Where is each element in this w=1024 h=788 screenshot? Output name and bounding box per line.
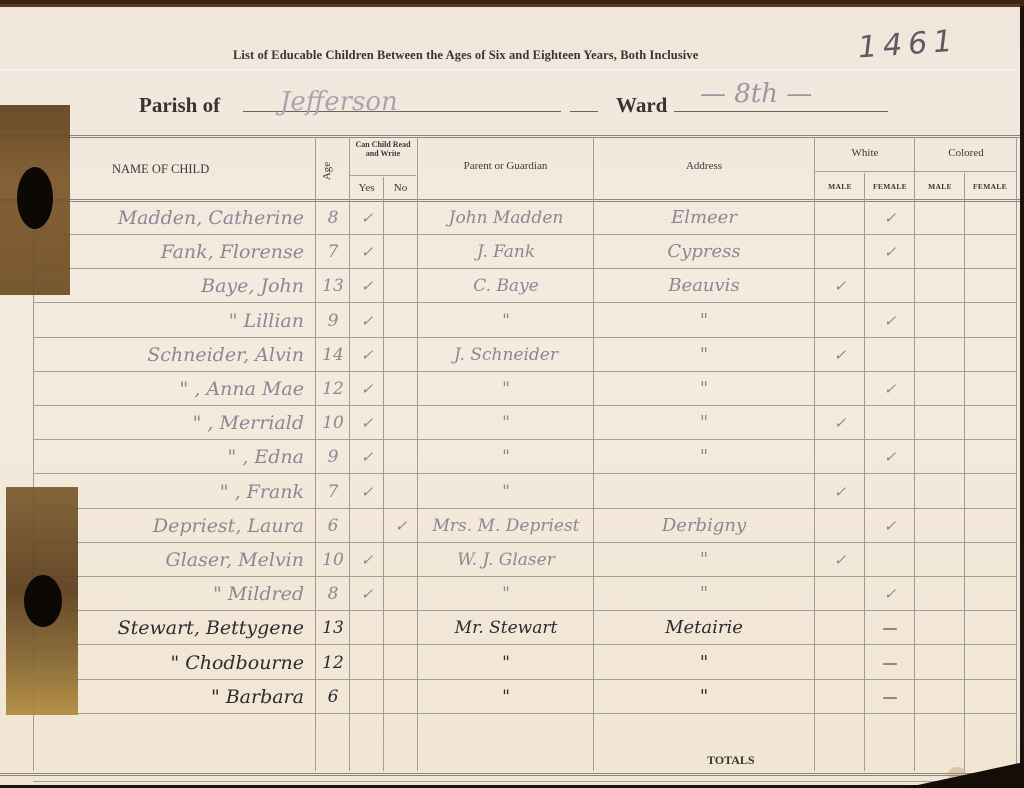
cell-white-male xyxy=(816,440,864,474)
cell-can-read-no xyxy=(386,235,416,269)
cell-can-read-yes: ✓ xyxy=(352,201,382,235)
cell-white-female xyxy=(866,269,914,303)
cell-white-male xyxy=(816,577,864,611)
cell-address: " xyxy=(596,304,812,338)
header-colored-female: FEMALE xyxy=(965,182,1015,191)
cell-address: Beauvis xyxy=(596,269,812,303)
cell-colored-female xyxy=(966,475,1016,509)
header-no: No xyxy=(384,182,417,194)
cell-colored-female xyxy=(966,543,1016,577)
cell-address: Cypress xyxy=(596,235,812,269)
table-bottom-rule xyxy=(0,773,1020,776)
race-sub-rule xyxy=(815,171,1017,172)
cell-child-name: " , Edna xyxy=(40,440,310,474)
cell-colored-male xyxy=(916,646,964,680)
cell-can-read-no xyxy=(386,577,416,611)
cell-white-male xyxy=(816,372,864,406)
cell-address: Metairie xyxy=(596,611,812,645)
ward-label: Ward xyxy=(616,93,667,118)
cell-child-name: Baye, John xyxy=(40,269,310,303)
cell-colored-female xyxy=(966,611,1016,645)
cell-colored-female xyxy=(966,440,1016,474)
cell-age: 6 xyxy=(318,509,348,543)
cell-age: 7 xyxy=(318,235,348,269)
cell-white-female: ✓ xyxy=(866,304,914,338)
cell-white-female xyxy=(866,475,914,509)
cell-white-male xyxy=(816,201,864,235)
cell-colored-male xyxy=(916,577,964,611)
table-row: " Lillian9✓""✓ xyxy=(0,304,1020,338)
cell-colored-male xyxy=(916,543,964,577)
table-row: " , Anna Mae12✓""✓ xyxy=(0,372,1020,406)
cell-can-read-yes xyxy=(352,680,382,714)
cell-can-read-yes xyxy=(352,611,382,645)
cell-can-read-yes: ✓ xyxy=(352,577,382,611)
cell-white-female xyxy=(866,406,914,440)
cell-child-name: Fank, Florense xyxy=(40,235,310,269)
parish-blank-line-end xyxy=(570,111,598,112)
cell-white-male xyxy=(816,680,864,714)
cell-address: " xyxy=(596,440,812,474)
cell-address: " xyxy=(596,543,812,577)
cell-colored-female xyxy=(966,269,1016,303)
cell-age: 7 xyxy=(318,475,348,509)
cell-age: 8 xyxy=(318,201,348,235)
cell-age: 14 xyxy=(318,338,348,372)
cell-address: " xyxy=(596,577,812,611)
cell-white-male: ✓ xyxy=(816,543,864,577)
cell-colored-female xyxy=(966,235,1016,269)
cell-parent-guardian: " xyxy=(420,577,592,611)
cell-can-read-yes: ✓ xyxy=(352,269,382,303)
cell-address: Derbigny xyxy=(596,509,812,543)
cell-can-read-no xyxy=(386,269,416,303)
cell-white-male: ✓ xyxy=(816,475,864,509)
cell-parent-guardian: John Madden xyxy=(420,201,592,235)
cell-can-read-yes: ✓ xyxy=(352,338,382,372)
table-row: Madden, Catherine8✓John MaddenElmeer✓ xyxy=(0,201,1020,235)
cell-colored-male xyxy=(916,475,964,509)
reference-number: 1461 xyxy=(857,24,960,66)
cell-colored-female xyxy=(966,304,1016,338)
row-rule xyxy=(33,781,1017,782)
cell-can-read-yes: ✓ xyxy=(352,543,382,577)
cell-can-read-yes: ✓ xyxy=(352,406,382,440)
cell-age: 9 xyxy=(318,304,348,338)
cell-parent-guardian: " xyxy=(420,475,592,509)
parish-value: Jefferson xyxy=(280,87,398,117)
cell-colored-male xyxy=(916,201,964,235)
binder-hole-bottom xyxy=(24,575,62,627)
cell-parent-guardian: " xyxy=(420,406,592,440)
cell-age: 6 xyxy=(318,680,348,714)
cell-colored-male xyxy=(916,372,964,406)
cell-child-name: " , Anna Mae xyxy=(40,372,310,406)
cell-parent-guardian: " xyxy=(420,304,592,338)
cell-white-female xyxy=(866,543,914,577)
cell-can-read-no xyxy=(386,406,416,440)
cell-can-read-yes: ✓ xyxy=(352,304,382,338)
cell-age: 10 xyxy=(318,406,348,440)
table-row: Schneider, Alvin14✓J. Schneider"✓ xyxy=(0,338,1020,372)
cell-address: " xyxy=(596,646,812,680)
cell-age: 9 xyxy=(318,440,348,474)
cell-colored-male xyxy=(916,304,964,338)
header-parent-guardian: Parent or Guardian xyxy=(418,160,593,172)
cell-age: 10 xyxy=(318,543,348,577)
cell-white-female: ✓ xyxy=(866,509,914,543)
cell-can-read-yes xyxy=(352,509,382,543)
cell-colored-male xyxy=(916,509,964,543)
cell-colored-female xyxy=(966,372,1016,406)
cell-can-read-no xyxy=(386,543,416,577)
cell-colored-male xyxy=(916,680,964,714)
ward-blank-line xyxy=(674,111,888,112)
cell-address: Elmeer xyxy=(596,201,812,235)
cell-parent-guardian: " xyxy=(420,372,592,406)
table-row: Baye, John13✓C. BayeBeauvis✓ xyxy=(0,269,1020,303)
cell-age: 12 xyxy=(318,646,348,680)
cell-can-read-no xyxy=(386,475,416,509)
cell-child-name: Stewart, Bettygene xyxy=(40,611,310,645)
table-row: " Chodbourne12""— xyxy=(0,646,1020,680)
cell-child-name: " , Merriald xyxy=(40,406,310,440)
fold-line xyxy=(0,69,1020,71)
form-title: List of Educable Children Between the Ag… xyxy=(233,48,698,63)
cell-white-female: ✓ xyxy=(866,577,914,611)
cell-white-female: ✓ xyxy=(866,372,914,406)
table-row: Glaser, Melvin10✓W. J. Glaser"✓ xyxy=(0,543,1020,577)
cell-colored-male xyxy=(916,269,964,303)
table-row: Stewart, Bettygene13Mr. StewartMetairie— xyxy=(0,611,1020,645)
cell-child-name: Glaser, Melvin xyxy=(40,543,310,577)
cell-parent-guardian: J. Fank xyxy=(420,235,592,269)
cell-parent-guardian: " xyxy=(420,440,592,474)
cell-colored-female xyxy=(966,201,1016,235)
form-sheet: List of Educable Children Between the Ag… xyxy=(0,4,1020,785)
cell-white-male: ✓ xyxy=(816,338,864,372)
cell-address: " xyxy=(596,406,812,440)
table-top-rule xyxy=(0,135,1020,138)
cell-colored-male xyxy=(916,235,964,269)
totals-label: TOTALS xyxy=(707,753,755,768)
cell-colored-female xyxy=(966,680,1016,714)
cell-can-read-no xyxy=(386,201,416,235)
cell-white-male xyxy=(816,235,864,269)
cell-child-name: Depriest, Laura xyxy=(40,509,310,543)
header-colored: Colored xyxy=(915,147,1017,159)
table-row: Depriest, Laura6✓Mrs. M. DepriestDerbign… xyxy=(0,509,1020,543)
cell-white-male xyxy=(816,611,864,645)
header-name-of-child: NAME OF CHILD xyxy=(112,162,209,177)
cell-can-read-no: ✓ xyxy=(386,509,416,543)
cell-can-read-yes: ✓ xyxy=(352,235,382,269)
cell-parent-guardian: J. Schneider xyxy=(420,338,592,372)
cell-child-name: " Lillian xyxy=(40,304,310,338)
cell-white-female xyxy=(866,338,914,372)
cell-can-read-yes: ✓ xyxy=(352,372,382,406)
cell-can-read-no xyxy=(386,680,416,714)
cell-colored-female xyxy=(966,338,1016,372)
cell-can-read-yes: ✓ xyxy=(352,475,382,509)
cell-can-read-no xyxy=(386,440,416,474)
cell-white-female: ✓ xyxy=(866,235,914,269)
cell-white-male xyxy=(816,646,864,680)
table-row: " Mildred8✓""✓ xyxy=(0,577,1020,611)
table-row: " , Frank7✓"✓ xyxy=(0,475,1020,509)
cell-child-name: " Chodbourne xyxy=(40,646,310,680)
cell-age: 8 xyxy=(318,577,348,611)
cell-can-read-no xyxy=(386,372,416,406)
cell-can-read-no xyxy=(386,611,416,645)
cell-address xyxy=(596,475,812,509)
cell-white-female: — xyxy=(866,611,914,645)
cell-parent-guardian: " xyxy=(420,680,592,714)
cell-address: " xyxy=(596,372,812,406)
cell-colored-female xyxy=(966,509,1016,543)
header-white: White xyxy=(815,147,915,159)
cell-white-female: — xyxy=(866,646,914,680)
header-white-female: FEMALE xyxy=(865,182,915,191)
cell-colored-male xyxy=(916,338,964,372)
cell-child-name: " , Frank xyxy=(40,475,310,509)
table-row: " Barbara6""— xyxy=(0,680,1020,714)
cell-white-male xyxy=(816,304,864,338)
cell-colored-male xyxy=(916,611,964,645)
header-can-read-write: Can Child Read and Write xyxy=(350,140,416,158)
cell-colored-female xyxy=(966,406,1016,440)
cell-address: " xyxy=(596,338,812,372)
cell-can-read-yes: ✓ xyxy=(352,440,382,474)
cell-colored-female xyxy=(966,577,1016,611)
can-read-sub-rule xyxy=(350,175,416,176)
cell-colored-male xyxy=(916,440,964,474)
cell-white-female: ✓ xyxy=(866,440,914,474)
header-yes: Yes xyxy=(350,182,383,194)
cell-parent-guardian: W. J. Glaser xyxy=(420,543,592,577)
table-row: " , Edna9✓""✓ xyxy=(0,440,1020,474)
parish-label: Parish of xyxy=(139,93,220,118)
cell-parent-guardian: Mr. Stewart xyxy=(420,611,592,645)
cell-colored-female xyxy=(966,646,1016,680)
cell-age: 13 xyxy=(318,269,348,303)
cell-white-female: ✓ xyxy=(866,201,914,235)
cell-parent-guardian: Mrs. M. Depriest xyxy=(420,509,592,543)
cell-can-read-no xyxy=(386,646,416,680)
torn-corner xyxy=(904,762,1024,788)
cell-child-name: " Mildred xyxy=(40,577,310,611)
header-white-male: MALE xyxy=(815,182,865,191)
cell-age: 12 xyxy=(318,372,348,406)
cell-child-name: Schneider, Alvin xyxy=(40,338,310,372)
ward-value: — 8th — xyxy=(700,79,812,109)
header-colored-male: MALE xyxy=(915,182,965,191)
cell-child-name: Madden, Catherine xyxy=(40,201,310,235)
header-age: Age xyxy=(321,162,333,180)
cell-colored-male xyxy=(916,406,964,440)
cell-parent-guardian: C. Baye xyxy=(420,269,592,303)
children-table: NAME OF CHILD Age Can Child Read and Wri… xyxy=(0,135,1020,775)
cell-can-read-yes xyxy=(352,646,382,680)
cell-age: 13 xyxy=(318,611,348,645)
table-row: Fank, Florense7✓J. FankCypress✓ xyxy=(0,235,1020,269)
header-address: Address xyxy=(594,160,814,172)
binder-hole-top xyxy=(17,167,53,229)
cell-can-read-no xyxy=(386,338,416,372)
cell-white-female: — xyxy=(866,680,914,714)
cell-address: " xyxy=(596,680,812,714)
cell-child-name: " Barbara xyxy=(40,680,310,714)
cell-parent-guardian: " xyxy=(420,646,592,680)
cell-can-read-no xyxy=(386,304,416,338)
table-row: " , Merriald10✓""✓ xyxy=(0,406,1020,440)
cell-white-male: ✓ xyxy=(816,406,864,440)
cell-white-male xyxy=(816,509,864,543)
cell-white-male: ✓ xyxy=(816,269,864,303)
